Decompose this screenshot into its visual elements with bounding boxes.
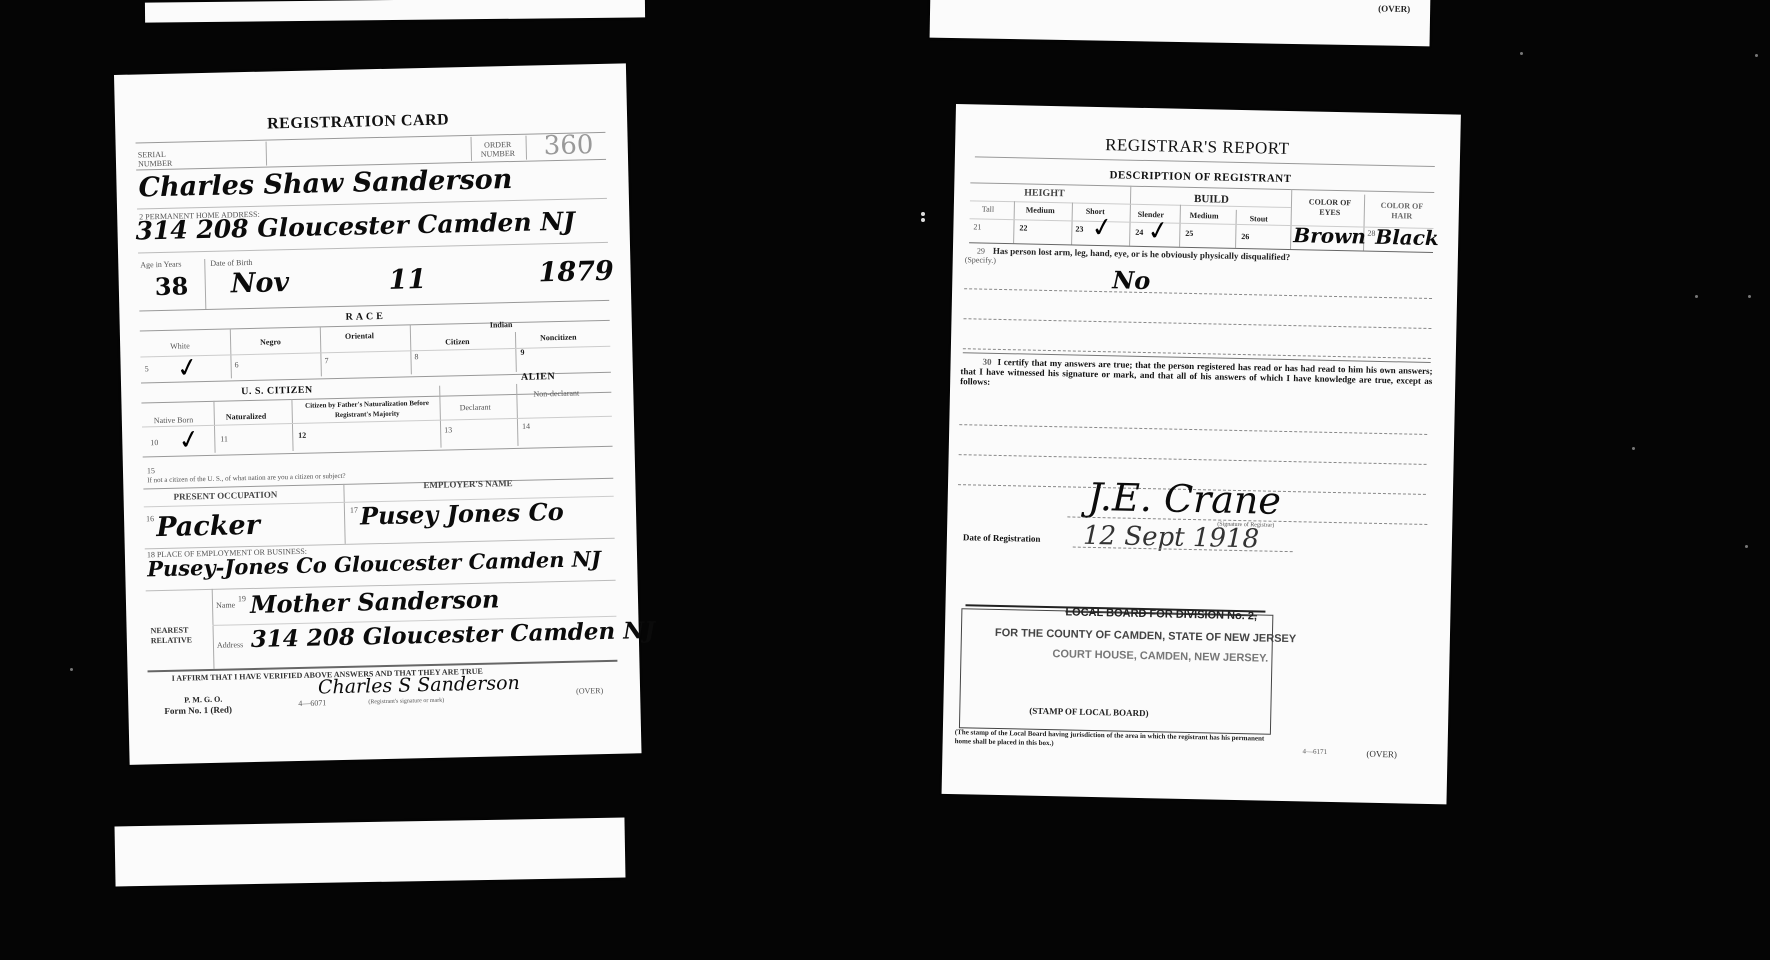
employer-label: EMPLOYER'S NAME (423, 478, 512, 490)
height-tall: Tall (982, 205, 995, 214)
dob-day: 11 (388, 264, 426, 296)
desc-number: 21 (973, 222, 981, 231)
citizen-number: 12 (298, 431, 306, 440)
q29-specify: (Specify.) (965, 255, 996, 265)
citizen-number: 13 (444, 425, 452, 434)
race-header: RACE (345, 311, 386, 323)
race-number: 7 (324, 356, 328, 365)
relative-name-label: Name (216, 600, 235, 609)
height-medium: Medium (1026, 205, 1055, 215)
relative-address-label: Address (217, 640, 243, 650)
citizen-native-born: Native Born (154, 415, 194, 425)
desc-number: 23 (1075, 225, 1083, 234)
native-born-check: ✓ (176, 424, 203, 458)
desc-number: 26 (1241, 232, 1249, 241)
report-title: REGISTRAR'S REPORT (1105, 135, 1290, 159)
alien-nondeclarant: Non-declarant (531, 388, 581, 399)
previous-card-fragment-left (145, 0, 645, 23)
card-title: REGISTRATION CARD (267, 111, 449, 133)
alien-declarant: Declarant (460, 403, 491, 413)
back-over-label: (OVER) (1366, 749, 1397, 760)
citizen-number: 10 (150, 438, 158, 447)
dob-label: Date of Birth (210, 258, 252, 268)
desc-number: 24 (1135, 228, 1143, 237)
employer-number: 17 (350, 506, 358, 515)
build-header: BUILD (1194, 193, 1229, 206)
over-label: (OVER) (1378, 3, 1410, 14)
race-number: 5 (145, 364, 149, 373)
build-stout: Stout (1250, 214, 1268, 223)
race-indian-citizen: Citizen (445, 337, 470, 347)
form-name: Form No. 1 (Red) (164, 704, 232, 716)
employer-value: Pusey Jones Co (360, 497, 564, 531)
dob-year: 1879 (538, 256, 614, 289)
q29-number: 29 (977, 246, 985, 255)
desc-number: 28 (1367, 229, 1375, 238)
q15-text: If not a citizen of the U. S., of what n… (147, 472, 346, 485)
desc-number: 25 (1185, 229, 1193, 238)
q30-certification: 30I certify that my answers are true; th… (960, 356, 1433, 396)
race-number: 9 (520, 348, 524, 357)
relative-number: 19 (238, 594, 246, 603)
date-label: Date of Registration (963, 532, 1041, 544)
q15-number: 15 (147, 466, 155, 475)
order-number-label: ORDER NUMBER (476, 140, 520, 159)
report-subtitle: DESCRIPTION OF REGISTRANT (1109, 169, 1291, 185)
citizen-by-father: Citizen by Father's Naturalization Befor… (299, 398, 434, 421)
desc-number: 22 (1019, 223, 1027, 232)
slender-check: ✓ (1145, 215, 1171, 248)
registration-card-front: REGISTRATION CARD SERIAL NUMBER ORDER NU… (114, 63, 642, 764)
nearest-relative-label: NEAREST RELATIVE (151, 625, 201, 646)
q30-number: 30 (983, 357, 992, 367)
height-header: HEIGHT (1024, 187, 1065, 199)
citizen-number: 14 (522, 422, 530, 431)
form-code: P. M. G. O. (184, 695, 222, 705)
registrar-report-back: REGISTRAR'S REPORT DESCRIPTION OF REGIST… (942, 104, 1461, 804)
alien-header: ALIEN (521, 371, 555, 383)
race-number: 6 (235, 360, 239, 369)
race-number: 8 (414, 352, 418, 361)
short-check: ✓ (1089, 212, 1115, 245)
hair-header: COLOR OF HAIR (1372, 201, 1432, 222)
age-label: Age in Years (140, 260, 181, 270)
citizen-number: 11 (220, 435, 228, 444)
us-citizen-header: U. S. CITIZEN (241, 385, 313, 398)
occupation-number: 16 (146, 514, 154, 523)
dob-month: Nov (230, 267, 289, 299)
citizen-naturalized: Naturalized (226, 412, 267, 422)
race-negro: Negro (260, 337, 281, 346)
print-code: 4—6071 (298, 698, 326, 708)
previous-card-fragment-right: (OVER) (930, 0, 1431, 46)
order-number: 360 (543, 130, 593, 161)
registrant-signature: Charles S Sanderson (318, 672, 520, 699)
signature-sublabel: (Registrant's signature or mark) (368, 698, 444, 706)
race-indian-noncitizen: Noncitizen (540, 333, 577, 343)
serial-number-label: SERIAL NUMBER (138, 150, 174, 169)
hair-color: Black (1375, 225, 1439, 250)
age-value: 38 (154, 271, 188, 301)
eyes-header: COLOR OF EYES (1300, 197, 1360, 218)
occupation-value: Packer (156, 510, 260, 543)
next-card-fragment-left (115, 818, 626, 887)
relative-name: Mother Sanderson (250, 584, 500, 619)
build-medium: Medium (1190, 211, 1219, 221)
race-indian: Indian (490, 320, 513, 330)
race-oriental: Oriental (345, 331, 374, 341)
registrant-name: Charles Shaw Sanderson (138, 164, 512, 203)
registrar-signature: J.E. Crane (1087, 475, 1281, 523)
back-print-code: 4—6171 (1302, 747, 1327, 756)
occupation-label: PRESENT OCCUPATION (173, 489, 277, 501)
race-white: White (170, 341, 190, 350)
over-label: (OVER) (576, 686, 603, 696)
eye-color: Brown (1293, 223, 1366, 249)
